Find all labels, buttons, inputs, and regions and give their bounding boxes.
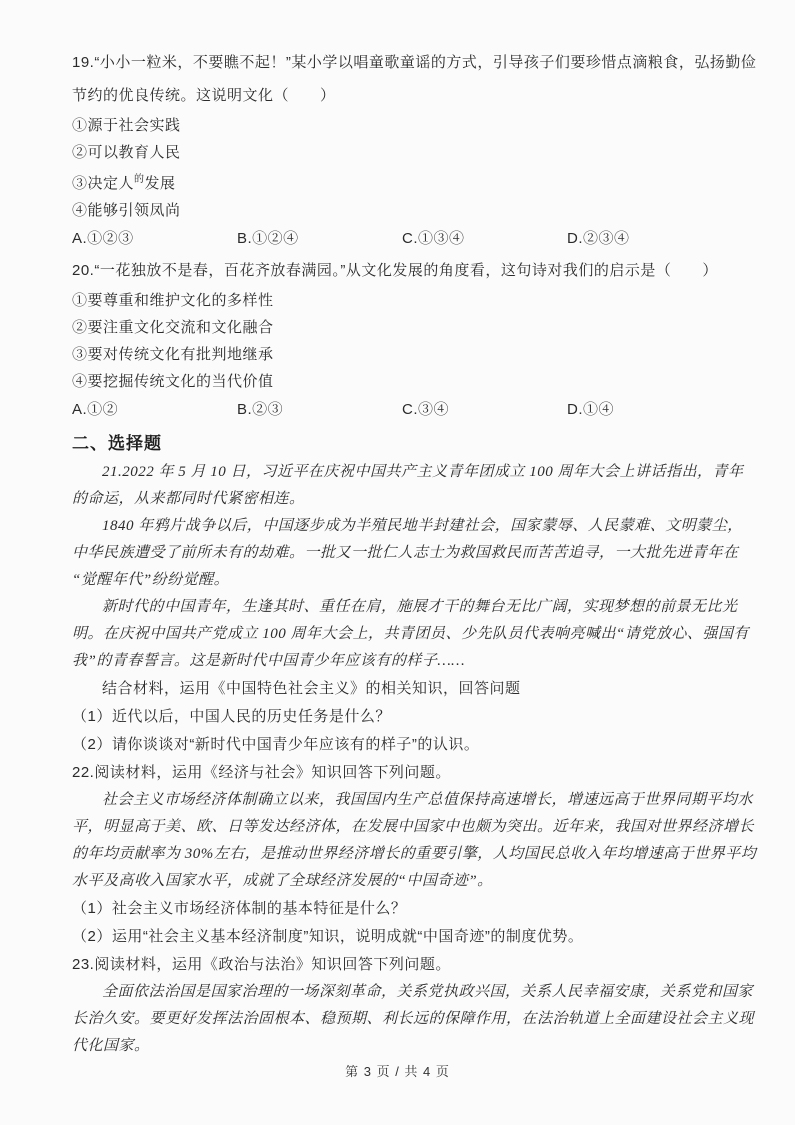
question-23: 23.阅读材料，运用《政治与法治》知识回答下列问题。 全面依法治国是国家治理的一…	[72, 951, 757, 1060]
question-21-material-paragraph-1: 21.2022 年 5 月 10 日，习近平在庆祝中国共产主义青年团成立 100…	[72, 459, 757, 513]
question-19-option-3-superscript: 的	[134, 174, 145, 185]
question-21-instruction: 结合材料，运用《中国特色社会主义》的相关知识，回答问题	[72, 675, 757, 703]
question-20-stem: 20.“一花独放不是春，百花齐放春满园。”从文化发展的角度看，这句诗对我们的启示…	[72, 254, 757, 287]
question-19: 19.“小小一粒米，不要瞧不起！”某小学以唱童歌童谣的方式，引导孩子们要珍惜点滴…	[72, 46, 757, 254]
question-19-choice-a: A.①②③	[72, 224, 237, 254]
question-19-choice-b: B.①②④	[237, 224, 402, 254]
question-20-choices-row: A.①② B.②③ C.③④ D.①④	[72, 395, 757, 425]
question-21-material-paragraph-3: 新时代的中国青年，生逢其时、重任在肩，施展才干的舞台无比广阔，实现梦想的前景无比…	[72, 594, 757, 675]
question-21-material-paragraph-2: 1840 年鸦片战争以后，中国逐步成为半殖民地半封建社会，国家蒙辱、人民蒙难、文…	[72, 513, 757, 594]
question-19-choices-row: A.①②③ B.①②④ C.①③④ D.②③④	[72, 224, 757, 254]
question-22-material-paragraph: 社会主义市场经济体制确立以来，我国国内生产总值保持高速增长，增速远高于世界同期平…	[72, 787, 757, 895]
question-20-option-1: ①要尊重和维护文化的多样性	[72, 287, 757, 314]
question-20-choice-d: D.①④	[567, 395, 732, 425]
question-20: 20.“一花独放不是春，百花齐放春满园。”从文化发展的角度看，这句诗对我们的启示…	[72, 254, 757, 425]
question-19-option-3-text-tail: 发展	[145, 175, 176, 192]
question-22-subquestion-1: （1）社会主义市场经济体制的基本特征是什么？	[72, 895, 757, 923]
question-21-subquestion-2: （2）请你谈谈对“新时代中国青少年应该有的样子”的认识。	[72, 731, 757, 759]
question-19-choice-d: D.②③④	[567, 224, 732, 254]
question-20-choice-b: B.②③	[237, 395, 402, 425]
question-21-subquestion-1: （1）近代以后，中国人民的历史任务是什么？	[72, 703, 757, 731]
question-19-option-3-text: ③决定人	[72, 175, 134, 192]
question-19-option-4: ④能够引领凤尚	[72, 197, 757, 224]
question-21: 21.2022 年 5 月 10 日，习近平在庆祝中国共产主义青年团成立 100…	[72, 459, 757, 759]
question-22-stem: 22.阅读材料，运用《经济与社会》知识回答下列问题。	[72, 759, 757, 787]
question-23-stem: 23.阅读材料，运用《政治与法治》知识回答下列问题。	[72, 951, 757, 979]
exam-paper-page: 19.“小小一粒米，不要瞧不起！”某小学以唱童歌童谣的方式，引导孩子们要珍惜点滴…	[0, 0, 795, 1125]
question-23-material-paragraph: 全面依法治国是国家治理的一场深刻革命，关系党执政兴国，关系人民幸福安康，关系党和…	[72, 979, 757, 1060]
question-22-subquestion-2: （2）运用“社会主义基本经济制度”知识，说明成就“中国奇迹”的制度优势。	[72, 923, 757, 951]
question-20-option-3: ③要对传统文化有批判地继承	[72, 341, 757, 368]
question-20-option-2: ②要注重文化交流和文化融合	[72, 314, 757, 341]
question-20-choice-a: A.①②	[72, 395, 237, 425]
page-content: 19.“小小一粒米，不要瞧不起！”某小学以唱童歌童谣的方式，引导孩子们要珍惜点滴…	[0, 0, 795, 1060]
section-2-heading: 二、选择题	[72, 429, 757, 459]
question-20-choice-c: C.③④	[402, 395, 567, 425]
question-20-option-4: ④要挖掘传统文化的当代价值	[72, 368, 757, 395]
question-19-option-1: ①源于社会实践	[72, 112, 757, 139]
question-19-option-2: ②可以教育人民	[72, 139, 757, 166]
question-19-stem: 19.“小小一粒米，不要瞧不起！”某小学以唱童歌童谣的方式，引导孩子们要珍惜点滴…	[72, 46, 757, 112]
question-19-choice-c: C.①③④	[402, 224, 567, 254]
page-number: 第 3 页 / 共 4 页	[0, 1061, 795, 1080]
question-22: 22.阅读材料，运用《经济与社会》知识回答下列问题。 社会主义市场经济体制确立以…	[72, 759, 757, 951]
question-19-option-3: ③决定人的发展	[72, 166, 757, 197]
